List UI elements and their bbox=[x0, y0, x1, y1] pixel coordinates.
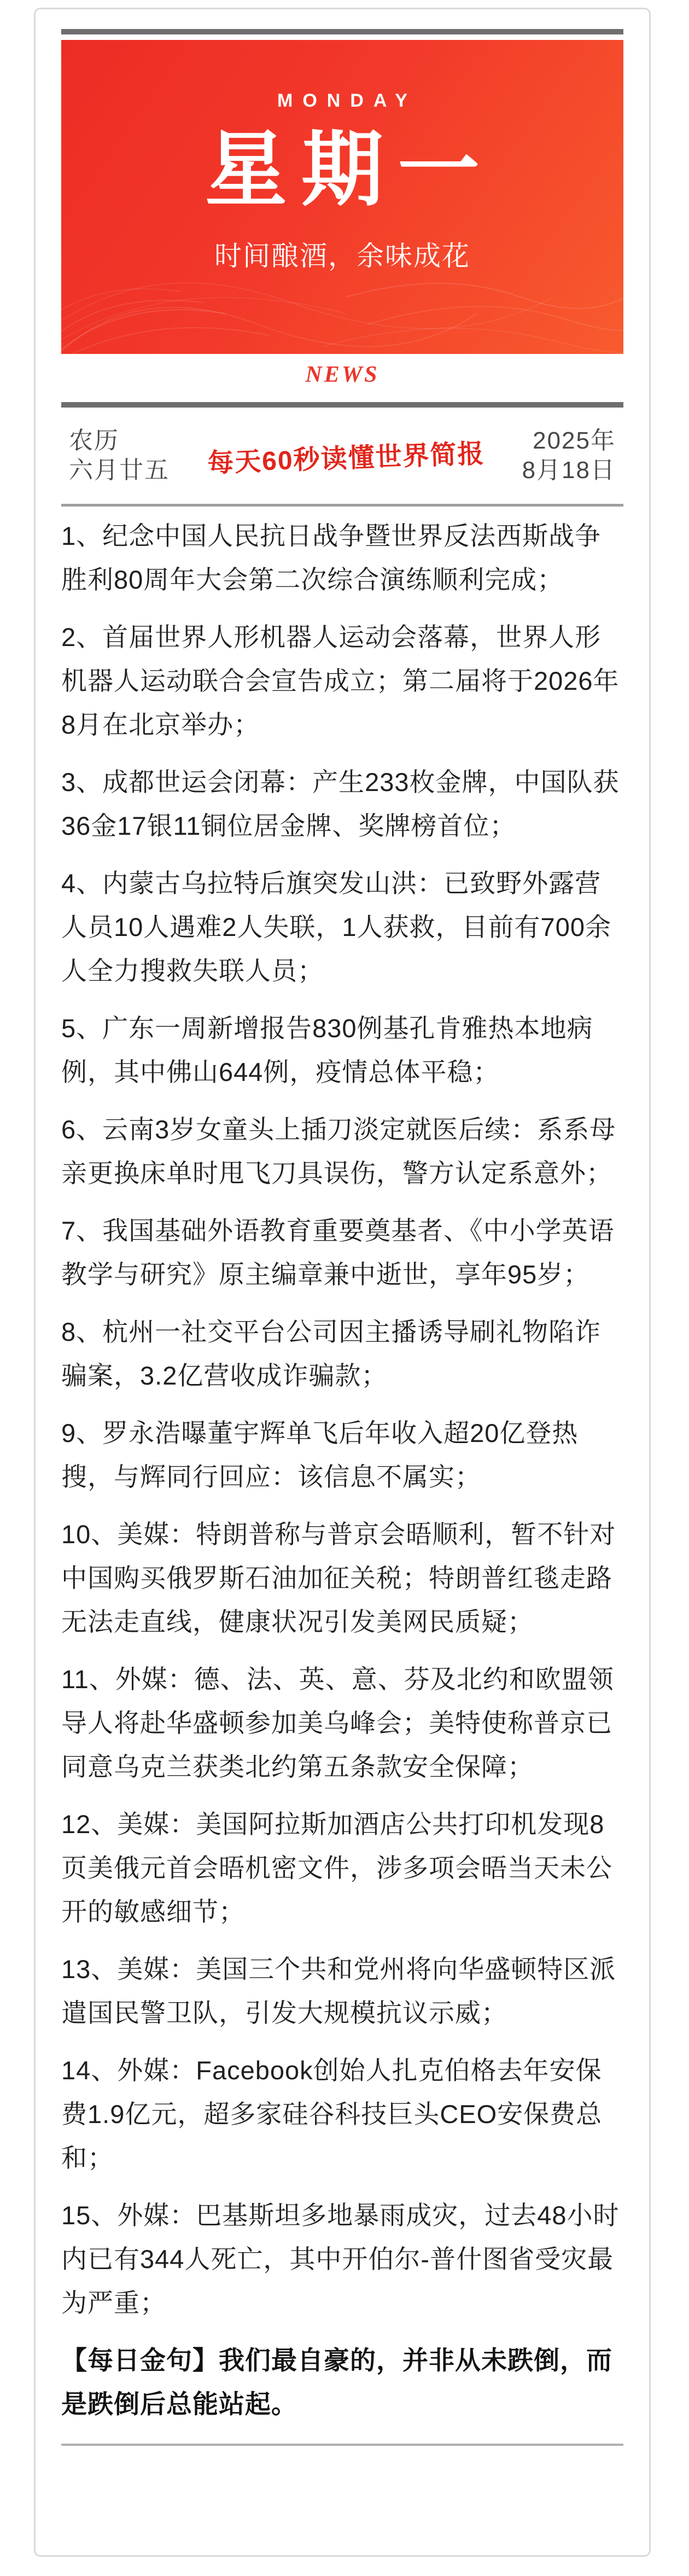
brand-title: 每天60秒读懂世界简报 bbox=[207, 432, 486, 480]
banner-tagline: 时间酿酒，余味成花 bbox=[61, 234, 623, 274]
news-item: 12、美媒：美国阿拉斯加酒店公共打印机发现8页美俄元首会晤机密文件，涉多项会晤当… bbox=[61, 1802, 623, 1934]
lunar-label: 农历 bbox=[69, 426, 170, 456]
lunar-date-block: 农历 六月廿五 bbox=[69, 426, 170, 485]
news-section-label: NEWS bbox=[36, 360, 649, 389]
top-divider-bar bbox=[61, 29, 623, 34]
news-item: 5、广东一周新增报告830例基孔肯雅热本地病例，其中佛山644例，疫情总体平稳； bbox=[61, 1007, 623, 1094]
date-label: 8月18日 bbox=[522, 456, 616, 485]
news-item: 4、内蒙古乌拉特后旗突发山洪：已致野外露营人员10人遇难2人失联，1人获救，目前… bbox=[61, 862, 623, 993]
news-item: 9、罗永浩曝董宇辉单飞后年收入超20亿登热搜，与辉同行回应：该信息不属实； bbox=[61, 1411, 623, 1499]
news-item: 3、成都世运会闭幕：产生233枚金牌，中国队获36金17银11铜位居金牌、奖牌榜… bbox=[61, 760, 623, 848]
header-divider-bar bbox=[61, 402, 623, 408]
year-label: 2025年 bbox=[522, 426, 616, 456]
news-card: MONDAY 星期一 时间酿酒，余味成花 NEWS 农历 六月廿五 每天60秒读… bbox=[34, 8, 651, 2557]
news-item: 2、首届世界人形机器人运动会落幕，世界人形机器人运动联合会宣告成立；第二届将于2… bbox=[61, 615, 623, 747]
lunar-date: 六月廿五 bbox=[69, 456, 170, 485]
bottom-divider bbox=[61, 2444, 623, 2446]
news-item: 13、美媒：美国三个共和党州将向华盛顿特区派遣国民警卫队，引发大规模抗议示威； bbox=[61, 1947, 623, 2035]
weekday-banner: MONDAY 星期一 时间酿酒，余味成花 bbox=[61, 40, 623, 354]
news-item: 15、外媒：巴基斯坦多地暴雨成灾，过去48小时内已有344人死亡，其中开伯尔-普… bbox=[61, 2194, 623, 2325]
daily-quote: 【每日金句】我们最自豪的，并非从未跌倒，而是跌倒后总能站起。 bbox=[61, 2339, 623, 2426]
news-item: 1、纪念中国人民抗日战争暨世界反法西斯战争胜利80周年大会第二次综合演练顺利完成… bbox=[61, 514, 623, 602]
news-item: 7、我国基础外语教育重要奠基者、《中小学英语教学与研究》原主编章兼中逝世，享年9… bbox=[61, 1209, 623, 1296]
news-item: 14、外媒：Facebook创始人扎克伯格去年安保费1.9亿元，超多家硅谷科技巨… bbox=[61, 2049, 623, 2180]
gregorian-date-block: 2025年 8月18日 bbox=[522, 426, 616, 485]
news-item: 8、杭州一社交平台公司因主播诱导刷礼物陷诈骗案，3.2亿营收成诈骗款； bbox=[61, 1310, 623, 1398]
date-row: 农历 六月廿五 每天60秒读懂世界简报 2025年 8月18日 bbox=[61, 408, 623, 504]
news-list: 1、纪念中国人民抗日战争暨世界反法西斯战争胜利80周年大会第二次综合演练顺利完成… bbox=[61, 514, 623, 2426]
weekday-english-label: MONDAY bbox=[61, 90, 623, 112]
news-item: 6、云南3岁女童头上插刀淡定就医后续：系系母亲更换床单时甩飞刀具误伤，警方认定系… bbox=[61, 1108, 623, 1195]
news-item: 10、美媒：特朗普称与普京会晤顺利，暂不针对中国购买俄罗斯石油加征关税；特朗普红… bbox=[61, 1513, 623, 1644]
weekday-title: 星期一 bbox=[61, 126, 623, 213]
news-item: 11、外媒：德、法、英、意、芬及北约和欧盟领导人将赴华盛顿参加美乌峰会；美特使称… bbox=[61, 1658, 623, 1789]
date-divider bbox=[61, 504, 623, 507]
